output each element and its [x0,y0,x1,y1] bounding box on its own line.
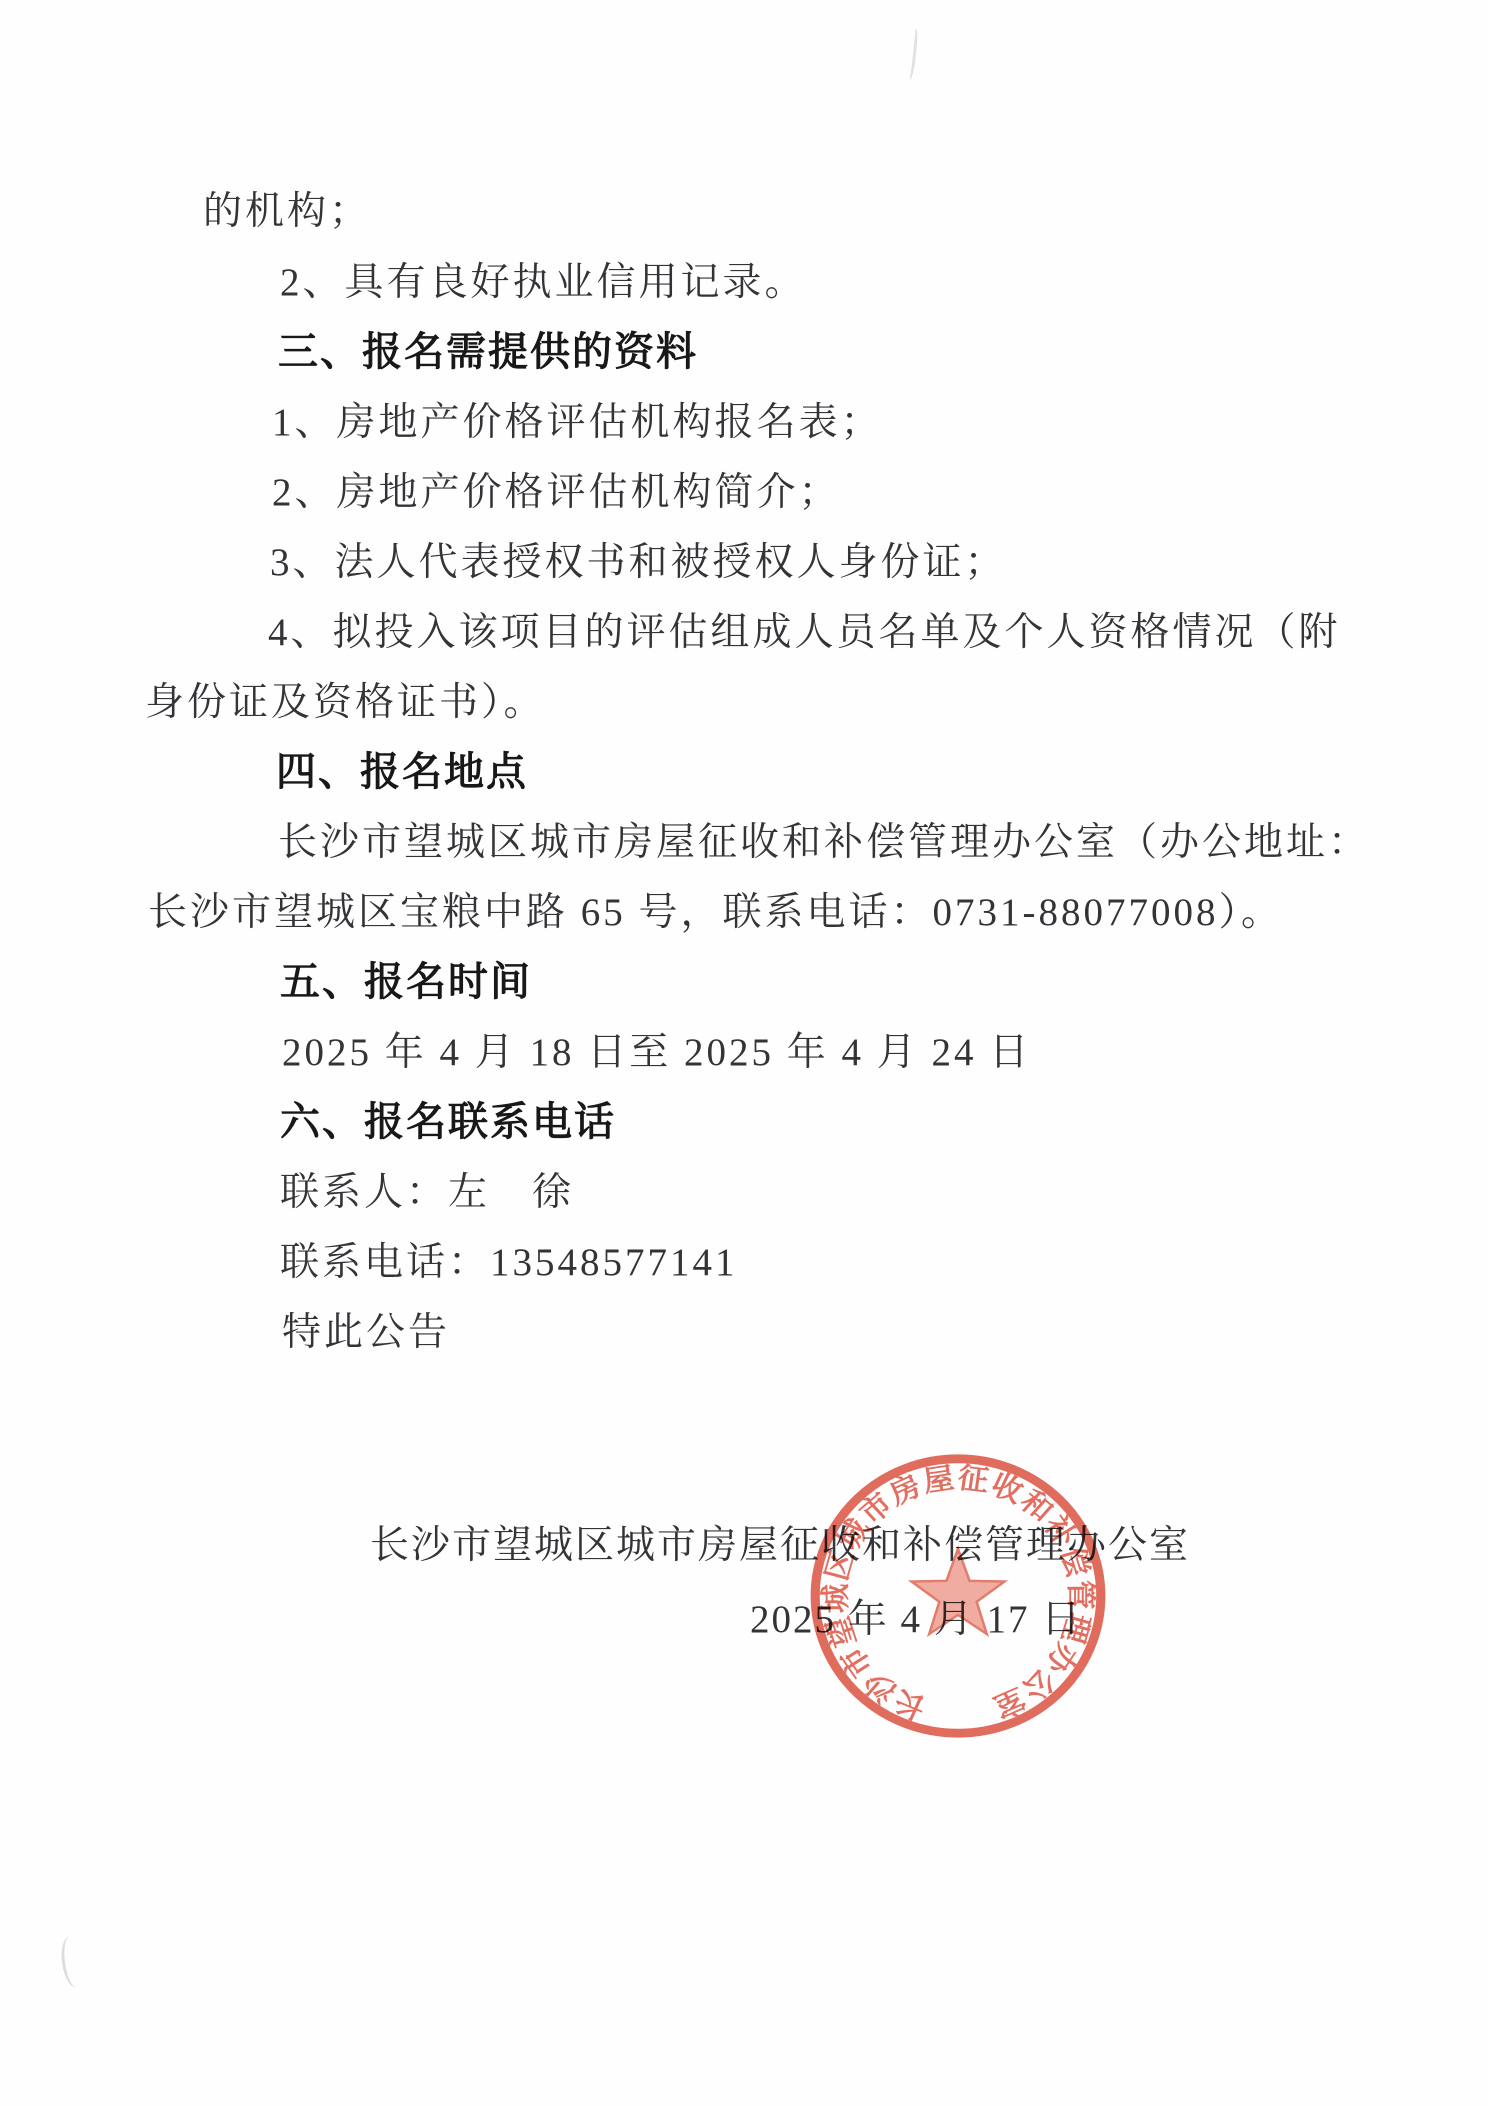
document-line: 联系人：左 徐 [280,1172,574,1215]
seal-star-icon [911,1549,1004,1634]
document-line: 联系电话：13548577141 [280,1242,738,1285]
document-line: 身份证及资格证书）。 [145,682,546,725]
official-seal: 长沙市望城区城市房屋征收和补偿管理办公室 [795,1433,1121,1759]
section-heading: 三、报名需提供的资料 [278,330,698,374]
document-line: 4、拟投入该项目的评估组成人员名单及个人资格情况（附 [268,612,1341,655]
document-line: 2025 年 4 月 18 日至 2025 年 4 月 24 日 [282,1032,1031,1075]
document-line: 3、法人代表授权书和被授权人身份证； [270,542,1007,585]
document-line: 2、具有良好执业信用记录。 [280,262,807,305]
document-line: 的机构； [203,191,371,234]
scan-artifact [905,28,918,81]
document-line: 2、房地产价格评估机构简介； [272,472,841,515]
document-line: 1、房地产价格评估机构报名表； [272,402,883,445]
section-heading: 五、报名时间 [280,960,532,1004]
document-line: 长沙市望城区宝粮中路 65 号，联系电话：0731-88077008）。 [148,892,1283,935]
document-line: 长沙市望城区城市房屋征收和补偿管理办公室（办公地址： [278,822,1370,865]
scanned-document-page: 的机构；2、具有良好执业信用记录。三、报名需提供的资料1、房地产价格评估机构报名… [0,0,1488,2106]
scan-artifact [58,1935,88,1990]
document-line: 特此公告 [282,1312,450,1355]
section-heading: 六、报名联系电话 [280,1100,616,1144]
section-heading: 四、报名地点 [276,750,528,794]
